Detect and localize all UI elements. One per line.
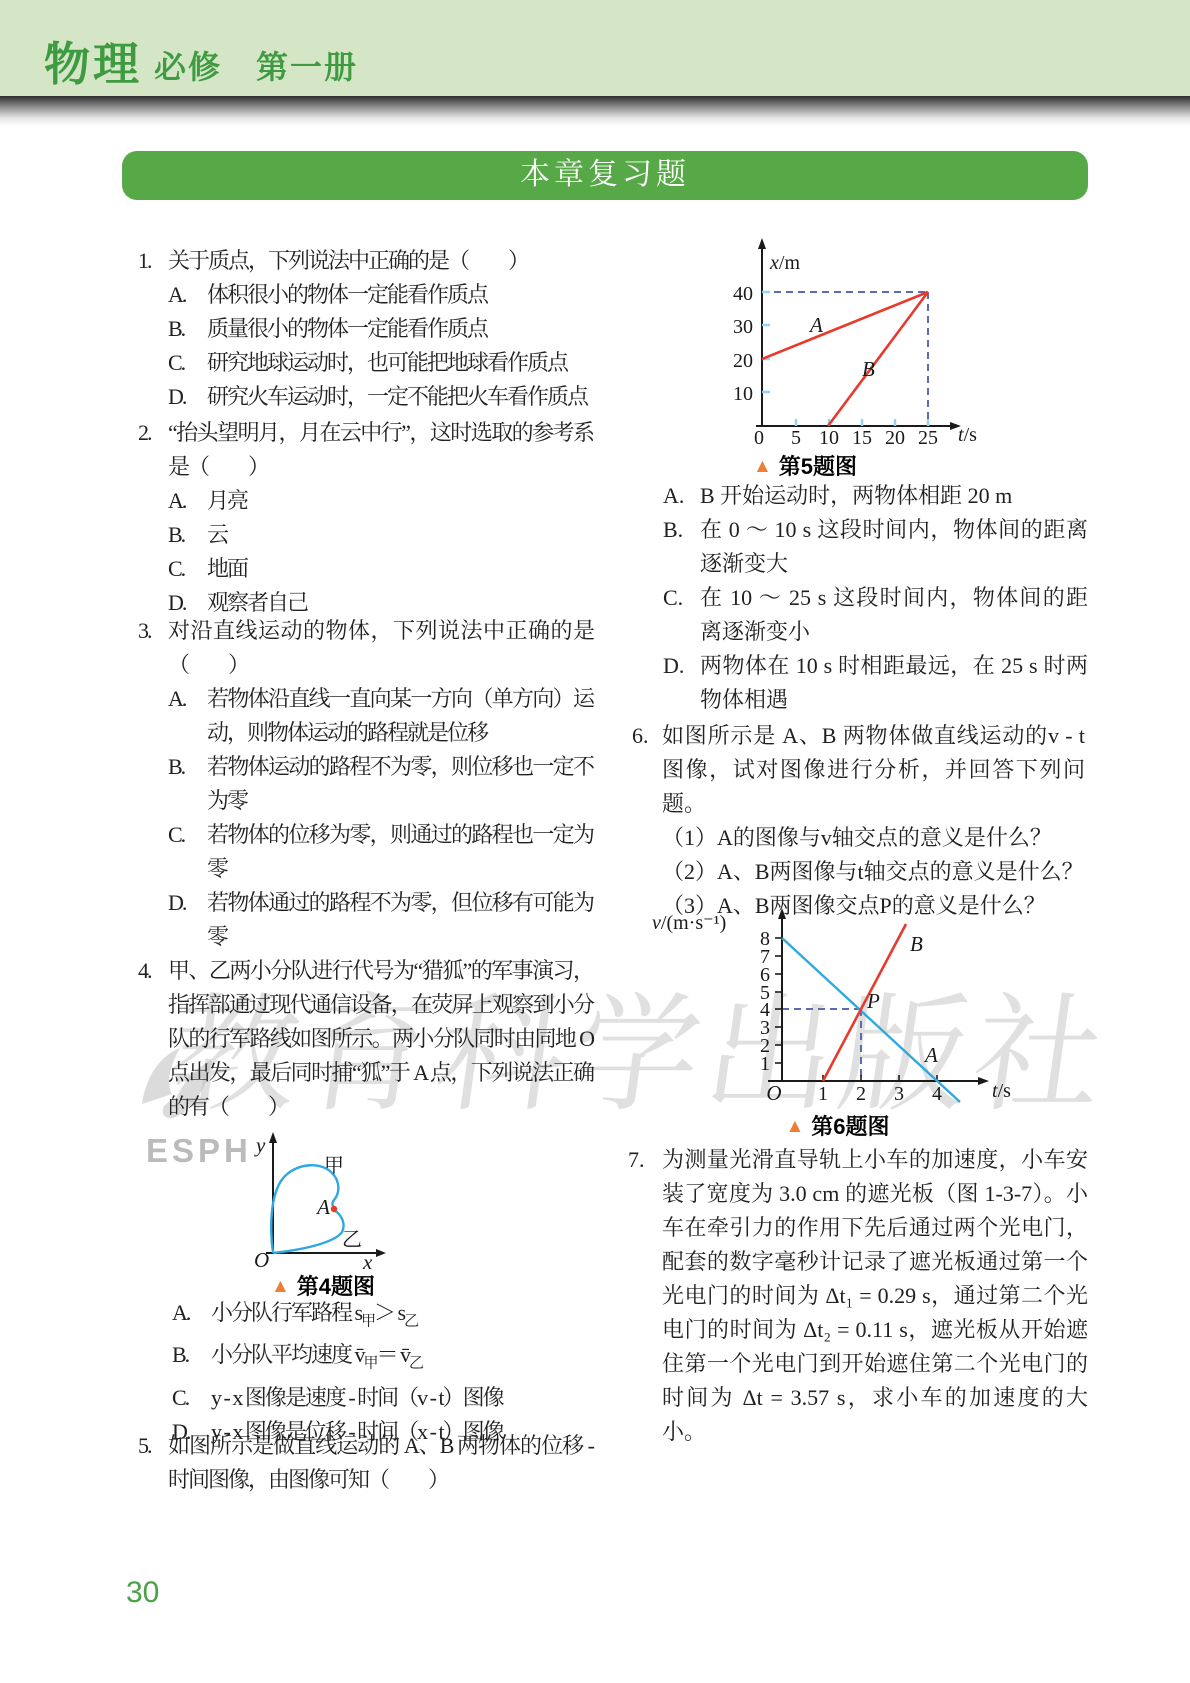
option-text: 研究地球运动时，也可能把地球看作质点 [207,346,593,380]
option-text: 小分队行军路程 s甲＞ s乙 [211,1296,593,1338]
question-text: 甲、乙两小分队进行代号为“猎狐”的军事演习，指挥部通过现代通信设备，在荧屏上观察… [168,954,593,1124]
option-row: B.质量很小的物体一定能看作质点 [168,312,593,346]
question-number: 2. [125,416,168,620]
section-banner: 本章复习题 [122,151,1088,200]
svg-text:25: 25 [918,427,938,449]
question-number: 6. [610,719,662,923]
textbook-page: 教育科学出版社 ESPH 物理 必修 第一册 本章复习题 1. 关于质点，下列说… [0,0,1190,1683]
svg-text:40: 40 [733,283,753,305]
svg-text:1: 1 [760,1053,770,1075]
option-row: A.若物体沿直线一直向某一方向（单方向）运动，则物体运动的路程就是位移 [168,682,593,750]
point-A-label: A [315,1195,330,1219]
option-text: 地面 [207,552,593,586]
option-row: C.研究地球运动时，也可能把地球看作质点 [168,346,593,380]
option-row: D.研究火车运动时，一定不能把火车看作质点 [168,380,593,414]
question-text: 为测量光滑直导轨上小车的加速度，小车安装了宽度为 3.0 cm 的遮光板（图 1… [662,1143,1088,1449]
series-B-label: B [862,357,875,381]
x-axis-title: t/s [958,424,977,446]
option-label: C. [172,1381,211,1415]
question-3: 3. 对沿直线运动的物体，下列说法中正确的是 （ ） A.若物体沿直线一直向某一… [125,614,593,954]
option-label: A. [172,1296,211,1338]
question-text: 如图所示是做直线运动的 A、B 两物体的位移 - 时间图像，由图像可知（ ） [168,1429,593,1497]
option-row: D.两物体在 10 s 时相距最远，在 25 s 时两物体相遇 [663,649,1088,717]
option-label: A. [168,484,207,518]
triangle-marker-icon: ▲ [753,456,772,477]
option-label: C. [168,346,207,380]
option-text: 若物体通过的路程不为零，但位移有可能为零 [207,886,593,954]
series-A-label: A [923,1043,938,1067]
fig5-series-lines [762,292,928,426]
book-title: 物理 [44,28,142,94]
question-2: 2. “抬头望明月，月在云中行”，这时选取的参考系是（ ） A.月亮 B.云 C… [125,416,593,620]
fig5-tick-labels: 40 30 20 10 0 5 10 15 20 25 [733,283,938,449]
caption-text: 第6题图 [811,1114,889,1139]
option-label: A. [168,682,207,750]
option-text: 云 [207,518,593,552]
option-row: B.云 [168,518,593,552]
fig5-ticks [762,292,928,426]
svg-text:30: 30 [733,316,753,338]
option-row: A. 小分队行军路程 s甲＞ s乙 [172,1296,593,1338]
option-label: C. [168,818,207,886]
option-row: C.y - x 图像是速度 - 时间（v - t）图像 [172,1381,593,1415]
option-label: B. [663,513,700,581]
question-number: 5. [125,1429,168,1497]
question-7: 7. 为测量光滑直导轨上小车的加速度，小车安装了宽度为 3.0 cm 的遮光板（… [610,1143,1088,1449]
option-text: 在 0 ～ 10 s 这段时间内，物体间的距离逐渐变大 [700,513,1088,581]
svg-text:5: 5 [791,427,801,449]
origin-label: O [766,1081,781,1105]
svg-text:2: 2 [856,1083,866,1105]
fig6-series-lines [782,924,960,1102]
option-label: A. [663,479,700,513]
fig5-dashed-guides [762,292,928,426]
y-axis-title: v/(m·s⁻¹) [652,912,726,934]
option-text: 两物体在 10 s 时相距最远，在 25 s 时两物体相遇 [700,649,1088,717]
fig5-axis-labels: x/m t/s A B [769,252,977,446]
series-B-label: B [910,932,923,956]
question-number: 4. [125,954,168,1124]
option-row: B. 小分队平均速度 v̄甲＝ v̄乙 [172,1338,593,1380]
y-axis-title: x/m [769,252,800,274]
option-row: A.体积很小的物体一定能看作质点 [168,278,593,312]
origin-label: O [254,1248,269,1272]
option-text: B 开始运动时，两物体相距 20 m [700,479,1088,513]
point-P-label: P [866,989,880,1013]
point-A-dot [331,1206,337,1212]
path-yi-label: 乙 [342,1229,362,1251]
x-axis-title: t/s [992,1080,1011,1102]
question-1: 1. 关于质点，下列说法中正确的是（ ） A.体积很小的物体一定能看作质点 B.… [125,244,593,414]
page-number: 30 [126,1576,159,1610]
svg-text:0: 0 [754,427,764,449]
option-text: 若物体运动的路程不为零，则位移也一定不为零 [207,750,593,818]
figure-caption-q5: ▲第5题图 [610,450,1000,481]
option-label: B. [168,312,207,346]
option-text: 质量很小的物体一定能看作质点 [207,312,593,346]
option-label: C. [663,581,700,649]
option-label: B. [168,518,207,552]
option-label: D. [168,886,207,954]
svg-text:15: 15 [852,427,872,449]
option-label: B. [172,1338,211,1380]
axis-y-label: y [254,1133,266,1157]
option-label: D. [663,649,700,717]
option-row: C.在 10 ～ 25 s 这段时间内，物体间的距离逐渐变小 [663,581,1088,649]
question-5-options: A.B 开始运动时，两物体相距 20 m B.在 0 ～ 10 s 这段时间内，… [610,479,1088,717]
option-row: B.若物体运动的路程不为零，则位移也一定不为零 [168,750,593,818]
question-4: 4. 甲、乙两小分队进行代号为“猎狐”的军事演习，指挥部通过现代通信设备，在荧屏… [125,954,593,1124]
question-number: 3. [125,614,168,954]
question-6: 6. 如图所示是 A、B 两物体做直线运动的v - t 图像，试对图像进行分析，… [610,719,1085,923]
path-jia-label: 甲 [324,1155,344,1177]
question-text: “抬头望明月，月在云中行”，这时选取的参考系是（ ） [168,416,593,484]
figure-q6-velocity-time-graph: 8 7 6 5 4 3 2 1 O 1 2 3 4 v/(m·s⁻¹) t/s … [610,905,1090,1117]
series-A-label: A [808,313,823,337]
esph-watermark: ESPH [146,1132,252,1170]
option-label: B. [168,750,207,818]
svg-text:10: 10 [733,383,753,405]
option-row: A.月亮 [168,484,593,518]
option-text: 体积很小的物体一定能看作质点 [207,278,593,312]
question-text: 关于质点，下列说法中正确的是（ ） [168,244,593,278]
option-text: y - x 图像是速度 - 时间（v - t）图像 [211,1381,593,1415]
option-text: 若物体的位移为零，则通过的路程也一定为零 [207,818,593,886]
question-number: 1. [125,244,168,414]
figure-caption-q6: ▲第6题图 [610,1110,1065,1141]
triangle-marker-icon: ▲ [271,1276,290,1297]
option-text: 若物体沿直线一直向某一方向（单方向）运动，则物体运动的路程就是位移 [207,682,593,750]
fig6-axis-labels: v/(m·s⁻¹) t/s B A P [652,912,1011,1102]
svg-text:4: 4 [932,1083,942,1105]
figure-q5-position-time-graph: 40 30 20 10 0 5 10 15 20 25 x/m t/s A B [610,235,1090,447]
svg-text:20: 20 [733,350,753,372]
question-4-options: A. 小分队行军路程 s甲＞ s乙 B. 小分队平均速度 v̄甲＝ v̄乙 C.… [125,1296,593,1449]
svg-text:20: 20 [885,427,905,449]
option-label: C. [168,552,207,586]
option-text: 研究火车运动时，一定不能把火车看作质点 [207,380,593,414]
sub-question-2: （2）A、B两图像与t轴交点的意义是什么？ [662,855,1085,889]
question-text: 如图所示是 A、B 两物体做直线运动的v - t 图像，试对图像进行分析，并回答… [662,719,1085,821]
option-row: B.在 0 ～ 10 s 这段时间内，物体间的距离逐渐变大 [663,513,1088,581]
option-row: A.B 开始运动时，两物体相距 20 m [663,479,1088,513]
svg-text:3: 3 [894,1083,904,1105]
header-band: 物理 必修 第一册 [0,0,1190,96]
fig6-dashed-guides [782,1009,861,1081]
book-subtitle: 必修 第一册 [154,42,358,88]
option-row: C.地面 [168,552,593,586]
triangle-marker-icon: ▲ [785,1116,804,1137]
option-label: D. [168,380,207,414]
svg-text:10: 10 [819,427,839,449]
option-text: 小分队平均速度 v̄甲＝ v̄乙 [211,1338,593,1380]
question-5: 5. 如图所示是做直线运动的 A、B 两物体的位移 - 时间图像，由图像可知（ … [125,1429,593,1497]
option-row: C.若物体的位移为零，则通过的路程也一定为零 [168,818,593,886]
option-text: 在 10 ～ 25 s 这段时间内，物体间的距离逐渐变小 [700,581,1088,649]
option-label: A. [168,278,207,312]
option-row: D.若物体通过的路程不为零，但位移有可能为零 [168,886,593,954]
svg-text:1: 1 [818,1083,828,1105]
question-number: 7. [610,1143,662,1449]
sub-question-1: （1）A的图像与v轴交点的意义是什么？ [662,821,1085,855]
caption-text: 第5题图 [779,454,857,479]
fig4-route-curves [271,1165,343,1253]
header-shadow [0,96,1190,126]
option-text: 月亮 [207,484,593,518]
question-text: 对沿直线运动的物体，下列说法中正确的是 （ ） [168,614,593,682]
